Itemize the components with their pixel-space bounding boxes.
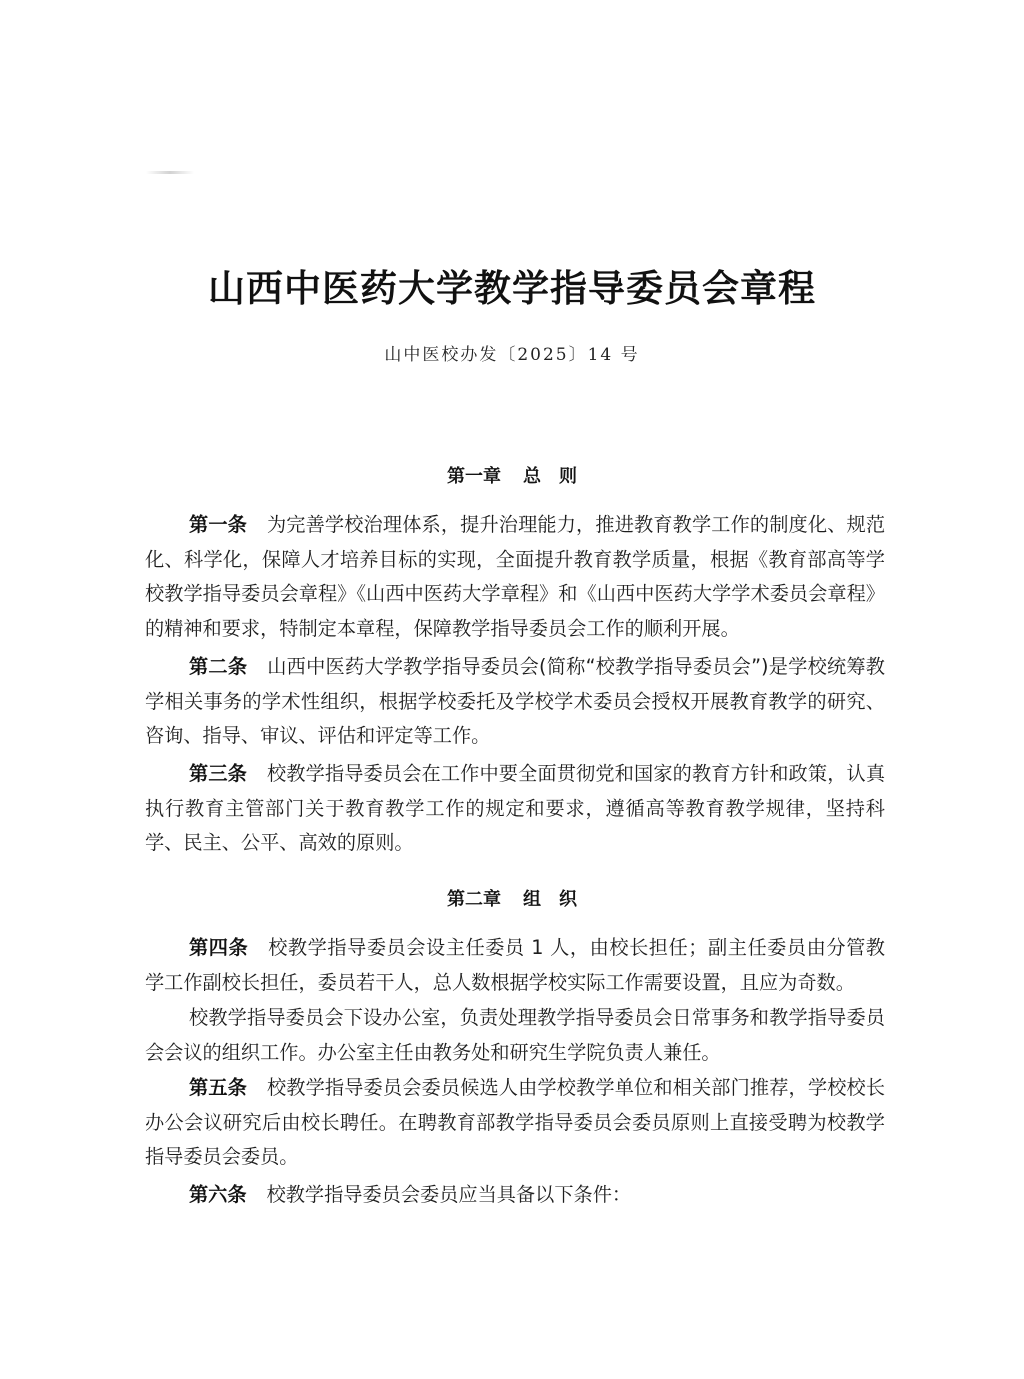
article-text: 校教学指导委员会设主任委员 1 人，由校长担任；副主任委员由分管教学工作副校长担… [145,936,885,994]
chapter-label: 第二章 [447,889,501,910]
article-text: 校教学指导委员会在工作中要全面贯彻党和国家的教育方针和政策，认真执行教育主管部门… [145,762,885,854]
article-6: 第六条校教学指导委员会委员应当具备以下条件： [145,1178,885,1213]
article-text: 山西中医药大学教学指导委员会(简称“校教学指导委员会”)是学校统筹教学相关事务的… [145,655,885,747]
document-title: 山西中医药大学教学指导委员会章程 [0,258,1024,312]
article-3: 第三条校教学指导委员会在工作中要全面贯彻党和国家的教育方针和政策，认真执行教育主… [145,757,885,861]
article-label: 第六条 [189,1183,247,1206]
article-4-paragraph-2: 校教学指导委员会下设办公室，负责处理教学指导委员会日常事务和教学指导委员会会议的… [145,1001,885,1070]
article-label: 第一条 [189,513,247,536]
chapter-name-char: 则 [559,466,577,487]
article-2: 第二条山西中医药大学教学指导委员会(简称“校教学指导委员会”)是学校统筹教学相关… [145,650,885,754]
chapter-label: 第一章 [447,466,501,487]
article-4: 第四条校教学指导委员会设主任委员 1 人，由校长担任；副主任委员由分管教学工作副… [145,931,885,1000]
article-label: 第三条 [189,762,247,785]
article-label: 第二条 [189,655,247,678]
document-number: 山中医校办发〔2025〕14 号 [0,340,1024,365]
chapter-name-char: 组 [523,889,541,910]
scan-artifact [146,171,194,174]
article-label: 第五条 [189,1076,247,1099]
article-text: 校教学指导委员会下设办公室，负责处理教学指导委员会日常事务和教学指导委员会会议的… [145,1006,885,1064]
chapter-name-char: 总 [523,466,541,487]
article-5: 第五条校教学指导委员会委员候选人由学校教学单位和相关部门推荐，学校校长办公会议研… [145,1071,885,1175]
article-text: 校教学指导委员会委员应当具备以下条件： [267,1183,632,1206]
article-text: 校教学指导委员会委员候选人由学校教学单位和相关部门推荐，学校校长办公会议研究后由… [145,1076,885,1168]
article-label: 第四条 [189,936,248,959]
article-text: 为完善学校治理体系，提升治理能力，推进教育教学工作的制度化、规范化、科学化，保障… [145,513,885,640]
chapter-heading-2: 第二章组织 [0,885,1024,911]
chapter-heading-1: 第一章总则 [0,462,1024,488]
article-1: 第一条为完善学校治理体系，提升治理能力，推进教育教学工作的制度化、规范化、科学化… [145,508,885,646]
chapter-name-char: 织 [559,889,577,910]
